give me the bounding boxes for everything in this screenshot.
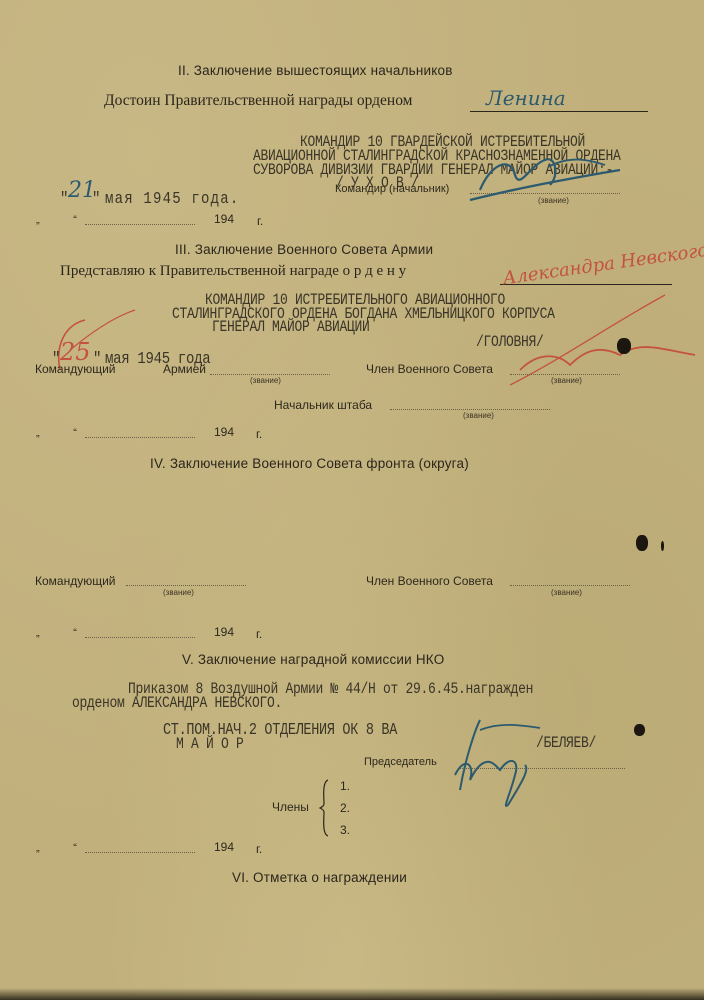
front-commander-dots — [126, 585, 246, 586]
member-2: 2. — [340, 801, 350, 815]
army-commander-label: Командующий — [35, 362, 116, 376]
front-council-member-label: Член Военного Совета — [366, 574, 493, 588]
form-date-quote: „ “ — [36, 427, 77, 439]
form-date-year: 194 — [214, 840, 234, 854]
rank-hint: (звание) — [463, 411, 494, 420]
ink-blot — [617, 338, 631, 354]
paper-hole — [661, 541, 664, 551]
date-quote-open: " — [60, 190, 68, 209]
form-date-suffix: г. — [256, 842, 262, 856]
form-date-suffix: г. — [257, 214, 263, 228]
council-member-dots — [510, 374, 620, 375]
front-council-member-dots — [510, 585, 630, 586]
paper-edge — [0, 988, 704, 1000]
date-quote-close: " — [92, 190, 100, 209]
typed-date-may-1945: мая 1945 года. — [105, 190, 239, 209]
member-3: 3. — [340, 823, 350, 837]
member-1: 1. — [340, 779, 350, 793]
signature-ukhov — [430, 145, 630, 215]
signature-red — [500, 270, 700, 390]
signature-chairman — [440, 710, 560, 820]
form-date-quote: „ “ — [36, 842, 77, 854]
paper-hole — [636, 535, 648, 551]
chairman-label: Председатель — [364, 756, 437, 768]
section-2-heading: II. Заключение вышестоящих начальников — [178, 63, 453, 78]
chief-of-staff-dots — [390, 409, 550, 410]
rank-hint: (звание) — [163, 588, 194, 597]
form-date-dots — [85, 852, 195, 853]
form-date-year: 194 — [214, 425, 234, 439]
army-commander-dots — [210, 374, 330, 375]
present-award-label: Представляю к Правительственной награде … — [60, 263, 406, 280]
form-date-quote: „ “ — [36, 214, 77, 226]
form-date-dots — [85, 224, 195, 225]
army-label: Армией — [163, 362, 206, 376]
handwritten-award-lenin: Ленина — [486, 86, 566, 110]
section-5-heading: V. Заключение наградной комиссии НКО — [182, 652, 444, 667]
award-name-line — [470, 111, 648, 112]
form-date-dots — [85, 437, 195, 438]
form-date-suffix: г. — [256, 427, 262, 441]
front-commander-label: Командующий — [35, 574, 116, 588]
chief-of-staff-label: Начальник штаба — [274, 398, 372, 412]
form-date-quote: „ “ — [36, 627, 77, 639]
rank-hint: (звание) — [250, 376, 281, 385]
section-3-heading: III. Заключение Военного Совета Армии — [175, 242, 433, 257]
worthy-award-label: Достоин Правительственной награды ордено… — [104, 92, 413, 110]
typed-position-line-3: ГЕНЕРАЛ МАЙОР АВИАЦИИ — [212, 318, 370, 336]
section-4-heading: IV. Заключение Военного Совета фронта (о… — [150, 456, 469, 471]
rank-hint: (звание) — [551, 588, 582, 597]
members-label: Члены — [272, 800, 309, 814]
section-6-heading: VI. Отметка о награждении — [232, 870, 407, 885]
typed-position-line-2: М А Й О Р — [176, 735, 244, 753]
council-member-label: Член Военного Совета — [366, 362, 493, 376]
form-date-year: 194 — [214, 625, 234, 639]
form-date-suffix: г. — [256, 627, 262, 641]
paper-hole — [634, 724, 645, 736]
typed-order-line-2: орденом АЛЕКСАНДРА НЕВСКОГО. — [72, 694, 282, 712]
rank-hint: (звание) — [551, 376, 582, 385]
form-date-year: 194 — [214, 212, 234, 226]
members-brace — [318, 778, 332, 838]
form-date-dots — [85, 637, 195, 638]
